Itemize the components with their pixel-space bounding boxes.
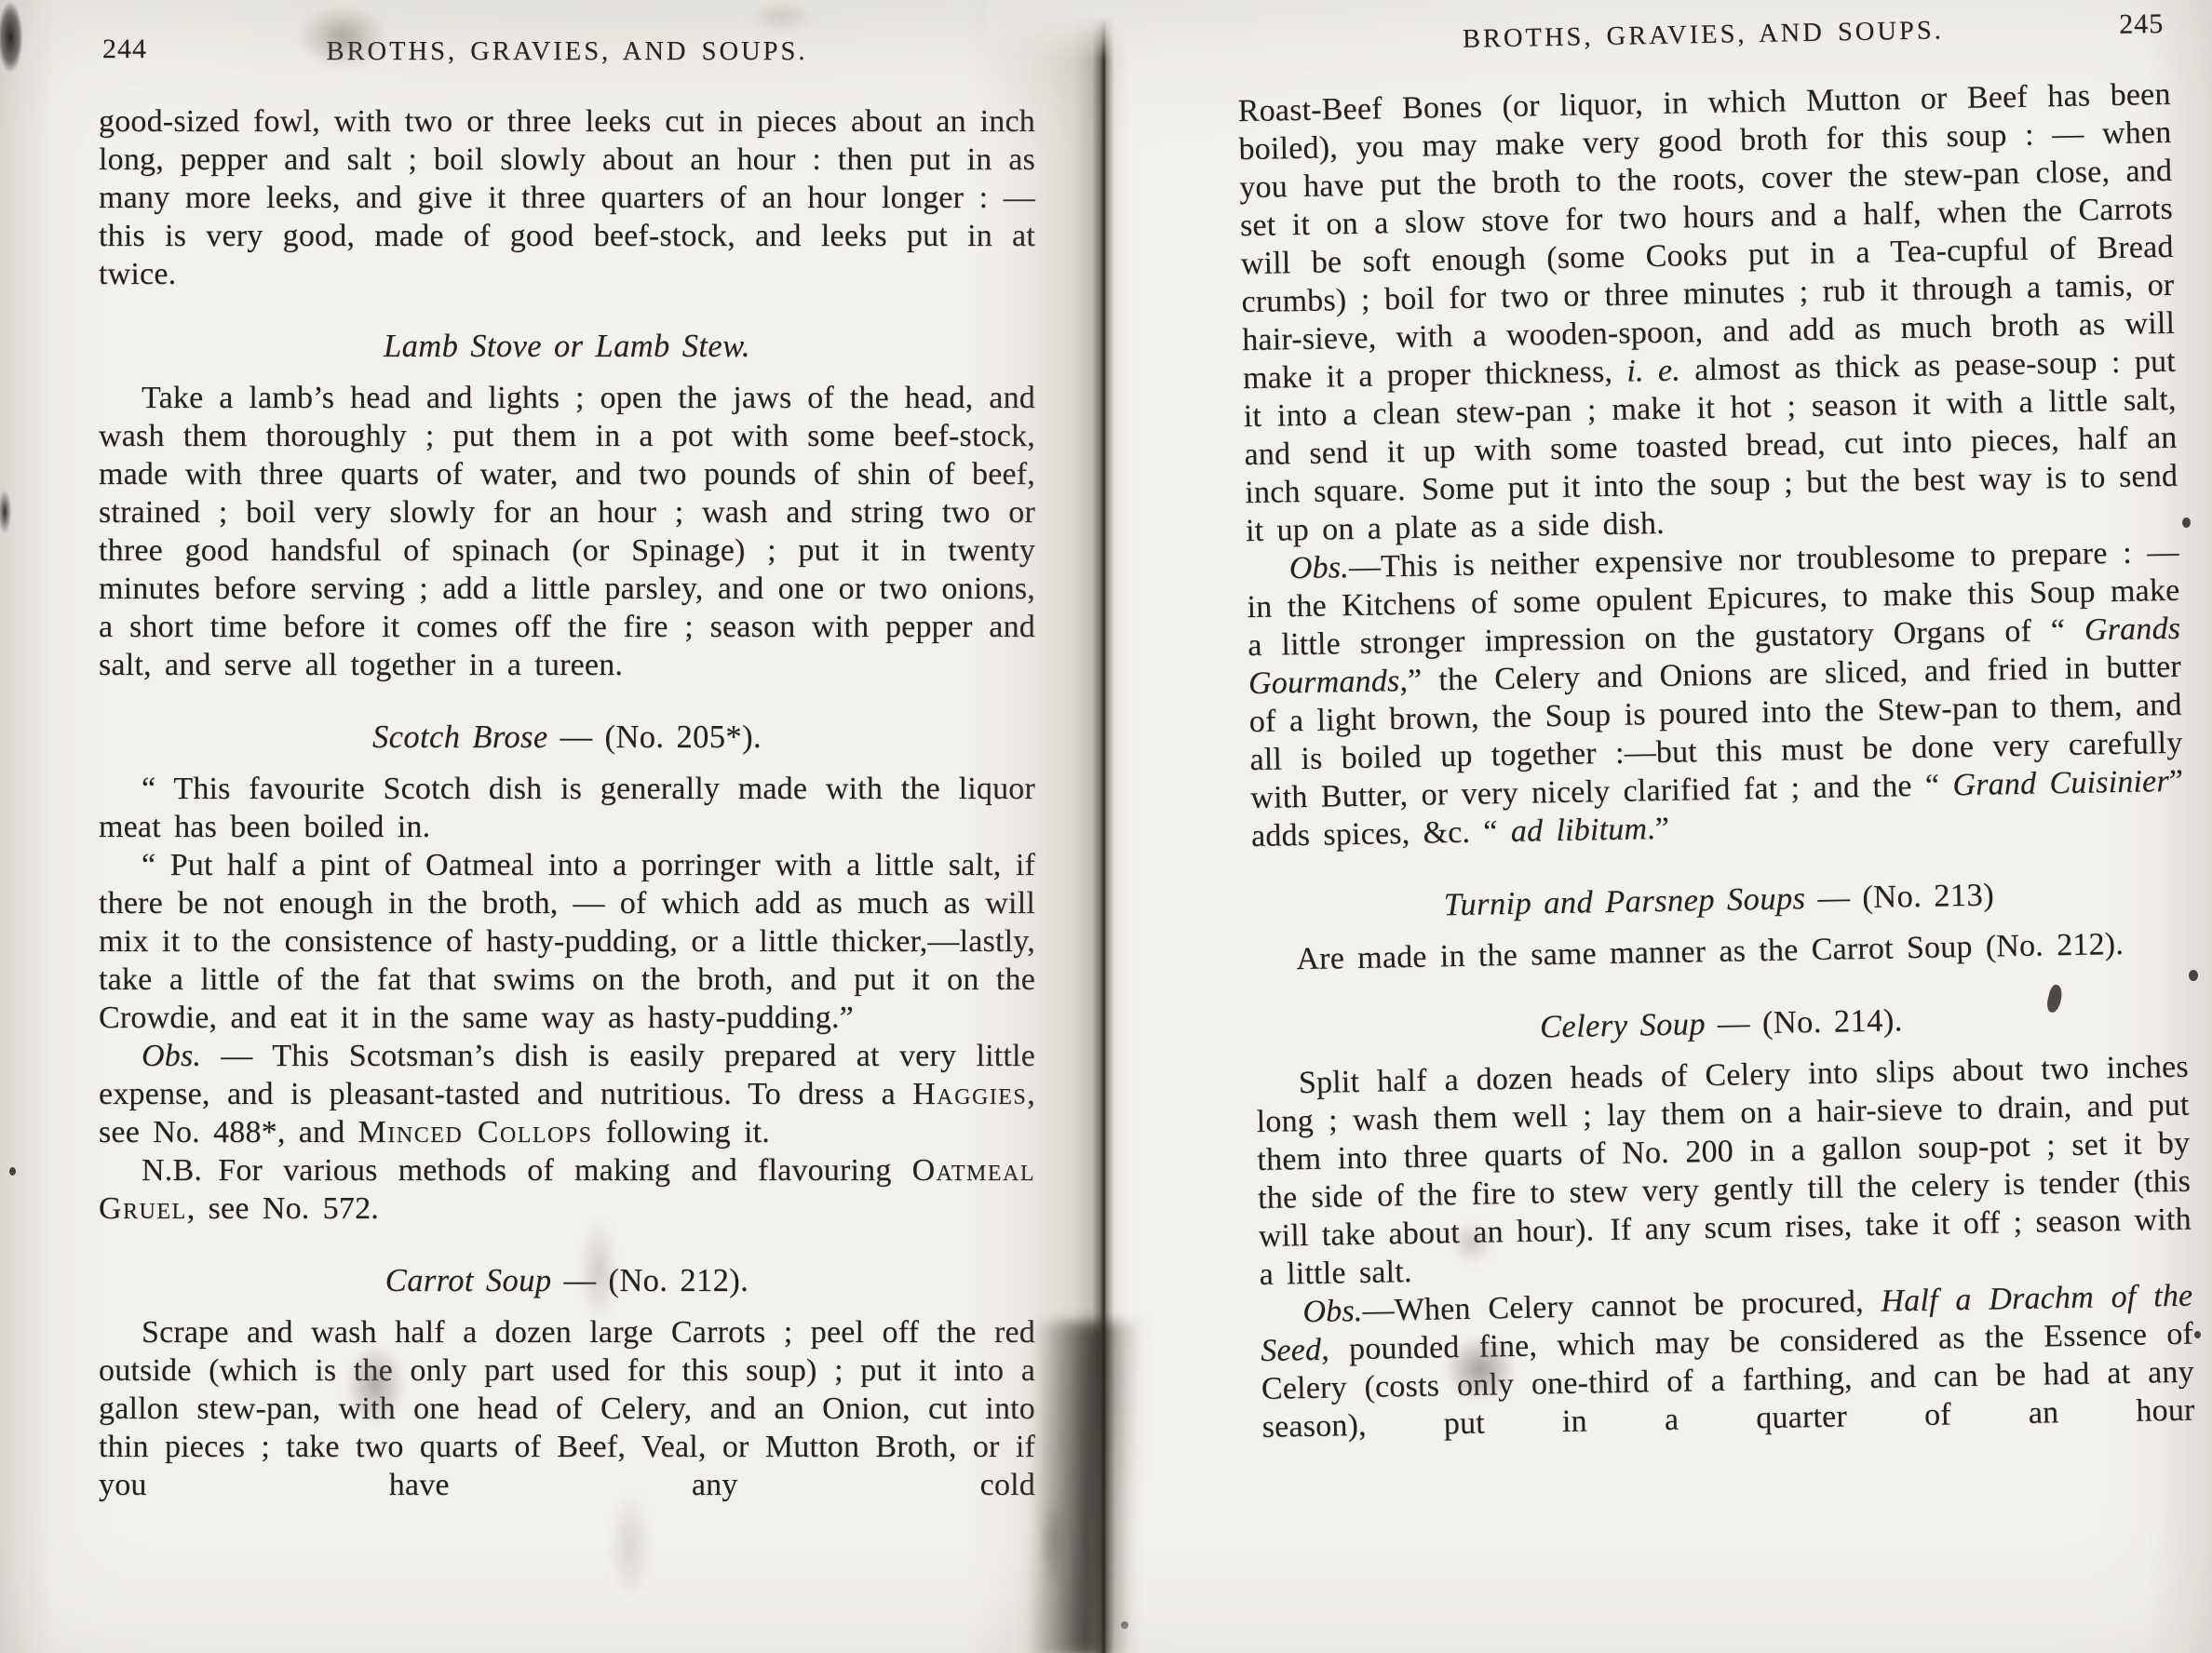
running-title-left: BROTHS, GRAVIES, AND SOUPS. [99,37,1035,67]
paragraph-carrot-soup-obs: Obs.—This is neither expensive nor troub… [1246,533,2184,855]
paragraph-scotch-brose-method: “ Put half a pint of Oatmeal into a porr… [99,846,1035,1037]
paragraph-fowl-leeks-continuation: good-sized fowl, with two or three leeks… [99,102,1035,293]
page-left: 244 BROTHS, GRAVIES, AND SOUPS. good-siz… [99,34,1035,1504]
recipe-heading-lamb-stew: Lamb Stove or Lamb Stew. [99,327,1035,366]
recipe-heading-celery-soup: Celery Soup — (No. 214). [1255,996,2189,1052]
paragraph-scotch-brose-obs: Obs. — This Scotsman’s dish is easily pr… [99,1037,1035,1151]
dust-speck [1121,1621,1128,1629]
recipe-heading-carrot-soup: Carrot Soup — (No. 212). [99,1261,1035,1300]
paragraph-carrot-soup-continuation: Roast-Beef Bones (or liquor, in which Mu… [1237,75,2178,550]
paragraph-scotch-brose-intro: “ This favourite Scotch dish is generall… [99,770,1035,846]
binding-gutter-bottom-shadow [1025,1322,1141,1653]
dust-speck [9,1167,16,1176]
recipe-heading-scotch-brose: Scotch Brose — (No. 205*). [99,718,1035,757]
paragraph-carrot-soup: Scrape and wash half a dozen large Carro… [99,1313,1035,1504]
paragraph-celery-soup: Split half a dozen heads of Celery into … [1256,1048,2192,1294]
dust-speck [2194,1331,2201,1338]
page-number-245: 245 [2119,8,2165,41]
page-right: BROTHS, GRAVIES, AND SOUPS. 245 Roast-Be… [1236,8,2195,1446]
running-head-right: BROTHS, GRAVIES, AND SOUPS. 245 [1236,8,2170,66]
running-head-left: 244 BROTHS, GRAVIES, AND SOUPS. [99,34,1035,74]
dust-speck [2182,517,2191,528]
paragraph-lamb-stew: Take a lamb’s head and lights ; open the… [99,379,1035,684]
book-scan: 244 BROTHS, GRAVIES, AND SOUPS. good-siz… [0,0,2212,1653]
paragraph-celery-soup-obs: Obs.—When Celery cannot be procured, Hal… [1260,1277,2195,1446]
scan-edge-mark-left [0,482,14,542]
paragraph-turnip-parsnep: Are made in the same manner as the Carro… [1253,924,2187,979]
dust-speck [2189,970,2198,981]
paragraph-scotch-brose-nb: N.B. For various methods of making and f… [99,1151,1035,1228]
ink-smudge [1035,1485,1072,1597]
running-title-right: BROTHS, GRAVIES, AND SOUPS. [1236,12,2169,59]
scan-edge-mark-top-left [0,0,26,82]
recipe-heading-turnip-parsnep-soups: Turnip and Parsnep Soups — (No. 213) [1252,872,2186,928]
